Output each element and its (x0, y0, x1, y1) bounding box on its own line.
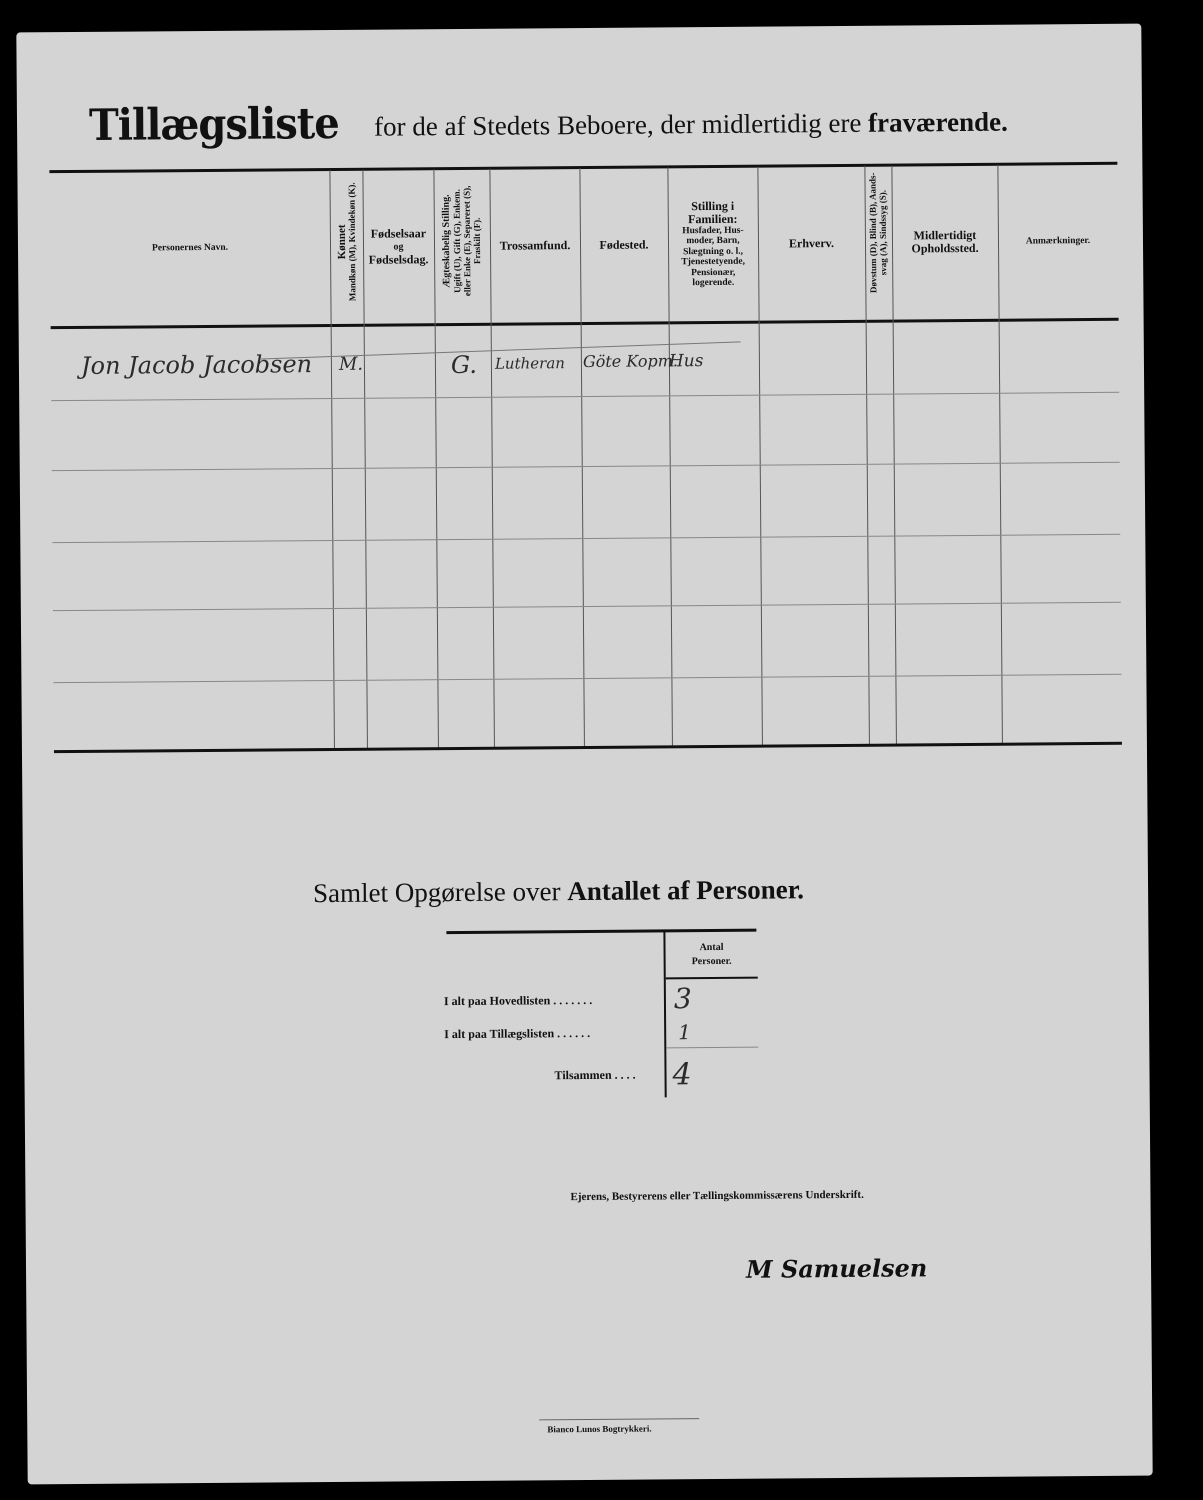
row-divider (53, 602, 1121, 611)
col-header-occupation: Erhverv. (757, 168, 865, 319)
signature-value: M Samuelsen (746, 1253, 927, 1283)
form-title: Tillægsliste (89, 98, 339, 151)
signature-label: Ejerens, Bestyrerens eller Tællingskommi… (570, 1189, 863, 1203)
col-header-birth-line3: Fødselsdag. (369, 253, 429, 266)
form-subtitle: for de af Stedets Beboere, der midlertid… (374, 107, 1008, 143)
col-header-temp-line2: Opholdssted. (911, 242, 978, 256)
col-header-disability-line2: svag (A), Sindssyg (S). (877, 158, 888, 308)
col-header-sex-line2: Mandkøn (M), Kvindekøn (K). (346, 167, 357, 317)
col-header-family-line7: Pensionær, (691, 267, 735, 278)
col-header-disability-line1: Døvstum (D), Blind (B), Aands- (867, 158, 878, 308)
form-subtitle-emphasis: fraværende. (868, 107, 1008, 138)
summary-header-line2: Personer. (692, 955, 732, 969)
col-header-sex: Kønnet Mandkøn (M), Kvindekøn (K). (329, 172, 363, 322)
col-header-family-line6: Tjenestetyende, (681, 257, 745, 268)
col-header-family-line1: Stilling i (691, 199, 734, 212)
summary-column-header: Antal Personer. (665, 935, 757, 976)
person-marital-status: G. (451, 351, 477, 379)
summary-label-main-list: I alt paa Hovedlisten . . . . . . . (444, 993, 592, 1009)
summary-row-rule (666, 1047, 758, 1049)
form-subtitle-text: for de af Stedets Beboere, der midlertid… (374, 108, 862, 142)
summary-header-rule (666, 977, 758, 980)
summary-label-supplement-list: I alt paa Tillægslisten . . . . . . (444, 1026, 590, 1042)
census-form-page: Tillægsliste for de af Stedets Beboere, … (16, 24, 1152, 1485)
col-header-marital-line3: eller Enke (E), Separeret (S), (461, 166, 472, 316)
col-header-birth-line1: Fødselsaar (371, 227, 426, 240)
col-header-religion: Trossamfund. (489, 170, 580, 321)
row-divider (52, 462, 1120, 471)
person-religion: Lutheran (495, 354, 565, 373)
col-header-birth: Fødselsaar og Fødselsdag. (362, 171, 434, 322)
summary-header-line1: Antal (700, 941, 724, 955)
col-header-family-line3: Husfader, Hus- (682, 225, 744, 236)
summary-value-total: 4 (672, 1057, 691, 1092)
row-divider (52, 534, 1120, 543)
summary-value-supplement-list: 1 (678, 1020, 691, 1044)
summary-value-main-list: 3 (674, 982, 692, 1015)
person-name: Jon Jacob Jacobsen (81, 350, 312, 380)
col-header-temp-residence: Midlertidigt Opholdssted. (891, 167, 998, 318)
summary-title: Samlet Opgørelse over Antallet af Person… (313, 874, 804, 909)
col-header-marital-line4: Fraskilt (F). (471, 166, 482, 316)
col-header-name: Personernes Navn. (49, 172, 330, 324)
col-header-family-position: Stilling i Familien: Husfader, Hus- mode… (667, 169, 758, 320)
col-header-birthplace: Fødested. (579, 169, 668, 320)
col-header-family-line4: moder, Barn, (686, 236, 739, 247)
col-header-remarks: Anmærkninger. (997, 166, 1118, 317)
summary-label-total: Tilsammen . . . . (554, 1068, 635, 1084)
row-divider (53, 674, 1121, 683)
table-bottom-rule (54, 742, 1122, 753)
table-row: Jon Jacob Jacobsen M. G. Lutheran Göte K… (51, 324, 1120, 400)
col-header-disability: Døvstum (D), Blind (B), Aands- svag (A),… (864, 168, 892, 318)
printer-imprint: Bianco Lunos Bogtrykkeri. (547, 1423, 651, 1434)
person-family-position: Hus (669, 351, 704, 371)
col-header-family-line5: Slægtning o. l., (683, 246, 743, 257)
summary-title-part1: Samlet Opgørelse over (313, 876, 561, 908)
col-header-birth-line2: og (393, 240, 403, 253)
person-birthplace: Göte Kopm. (583, 351, 678, 371)
col-header-marital: Ægteskabelig Stilling. Ugift (U), Gift (… (433, 171, 490, 321)
person-sex: M. (339, 354, 363, 375)
summary-title-part2: Antallet af Personer. (567, 874, 804, 906)
col-header-family-line2: Familien: (688, 212, 737, 225)
col-header-family-line8: logerende. (692, 278, 734, 289)
summary-top-rule (446, 929, 756, 934)
printer-rule (539, 1418, 699, 1420)
